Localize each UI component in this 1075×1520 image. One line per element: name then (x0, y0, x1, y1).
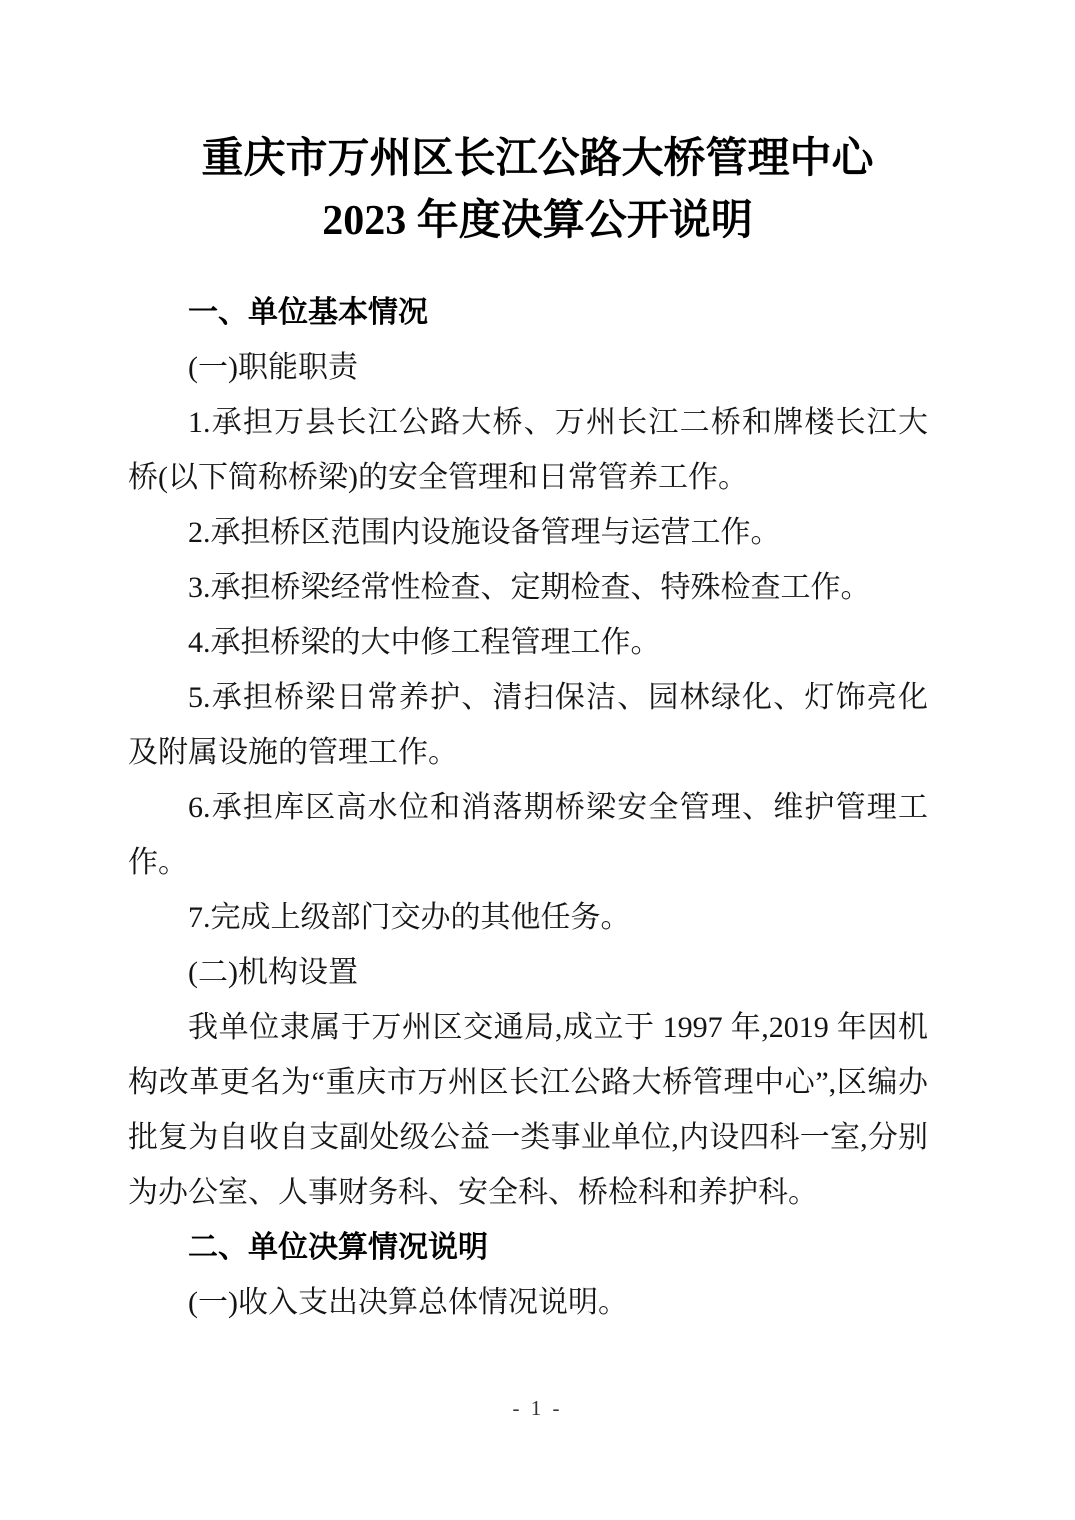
section1-heading: 一、单位基本情况 (128, 285, 928, 340)
duty-paragraph-2: 2.承担桥区范围内设施设备管理与运营工作。 (128, 505, 928, 560)
duty-paragraph-1: 1.承担万县长江公路大桥、万州长江二桥和牌楼长江大桥(以下简称桥梁)的安全管理和… (128, 395, 928, 505)
document-page: 重庆市万州区长江公路大桥管理中心 2023 年度决算公开说明 一、单位基本情况 … (0, 0, 1075, 1520)
section2-sub1-heading: (一)收入支出决算总体情况说明。 (128, 1275, 928, 1330)
document-title-line-1: 重庆市万州区长江公路大桥管理中心 (0, 128, 1075, 190)
document-body: 一、单位基本情况 (一)职能职责 1.承担万县长江公路大桥、万州长江二桥和牌楼长… (128, 285, 928, 1330)
duty-paragraph-5: 5.承担桥梁日常养护、清扫保洁、园林绿化、灯饰亮化及附属设施的管理工作。 (128, 670, 928, 780)
section1-sub1-heading: (一)职能职责 (128, 340, 928, 395)
section2-heading: 二、单位决算情况说明 (128, 1220, 928, 1275)
duty-paragraph-3: 3.承担桥梁经常性检查、定期检查、特殊检查工作。 (128, 560, 928, 615)
section1-sub2-heading: (二)机构设置 (128, 945, 928, 1000)
page-number: - 1 - (0, 1396, 1075, 1421)
document-title: 重庆市万州区长江公路大桥管理中心 2023 年度决算公开说明 (0, 128, 1075, 252)
organization-paragraph: 我单位隶属于万州区交通局,成立于 1997 年,2019 年因机构改革更名为“重… (128, 1000, 928, 1220)
duty-paragraph-4: 4.承担桥梁的大中修工程管理工作。 (128, 615, 928, 670)
document-title-line-2: 2023 年度决算公开说明 (0, 190, 1075, 252)
duty-paragraph-7: 7.完成上级部门交办的其他任务。 (128, 890, 928, 945)
duty-paragraph-6: 6.承担库区高水位和消落期桥梁安全管理、维护管理工作。 (128, 780, 928, 890)
